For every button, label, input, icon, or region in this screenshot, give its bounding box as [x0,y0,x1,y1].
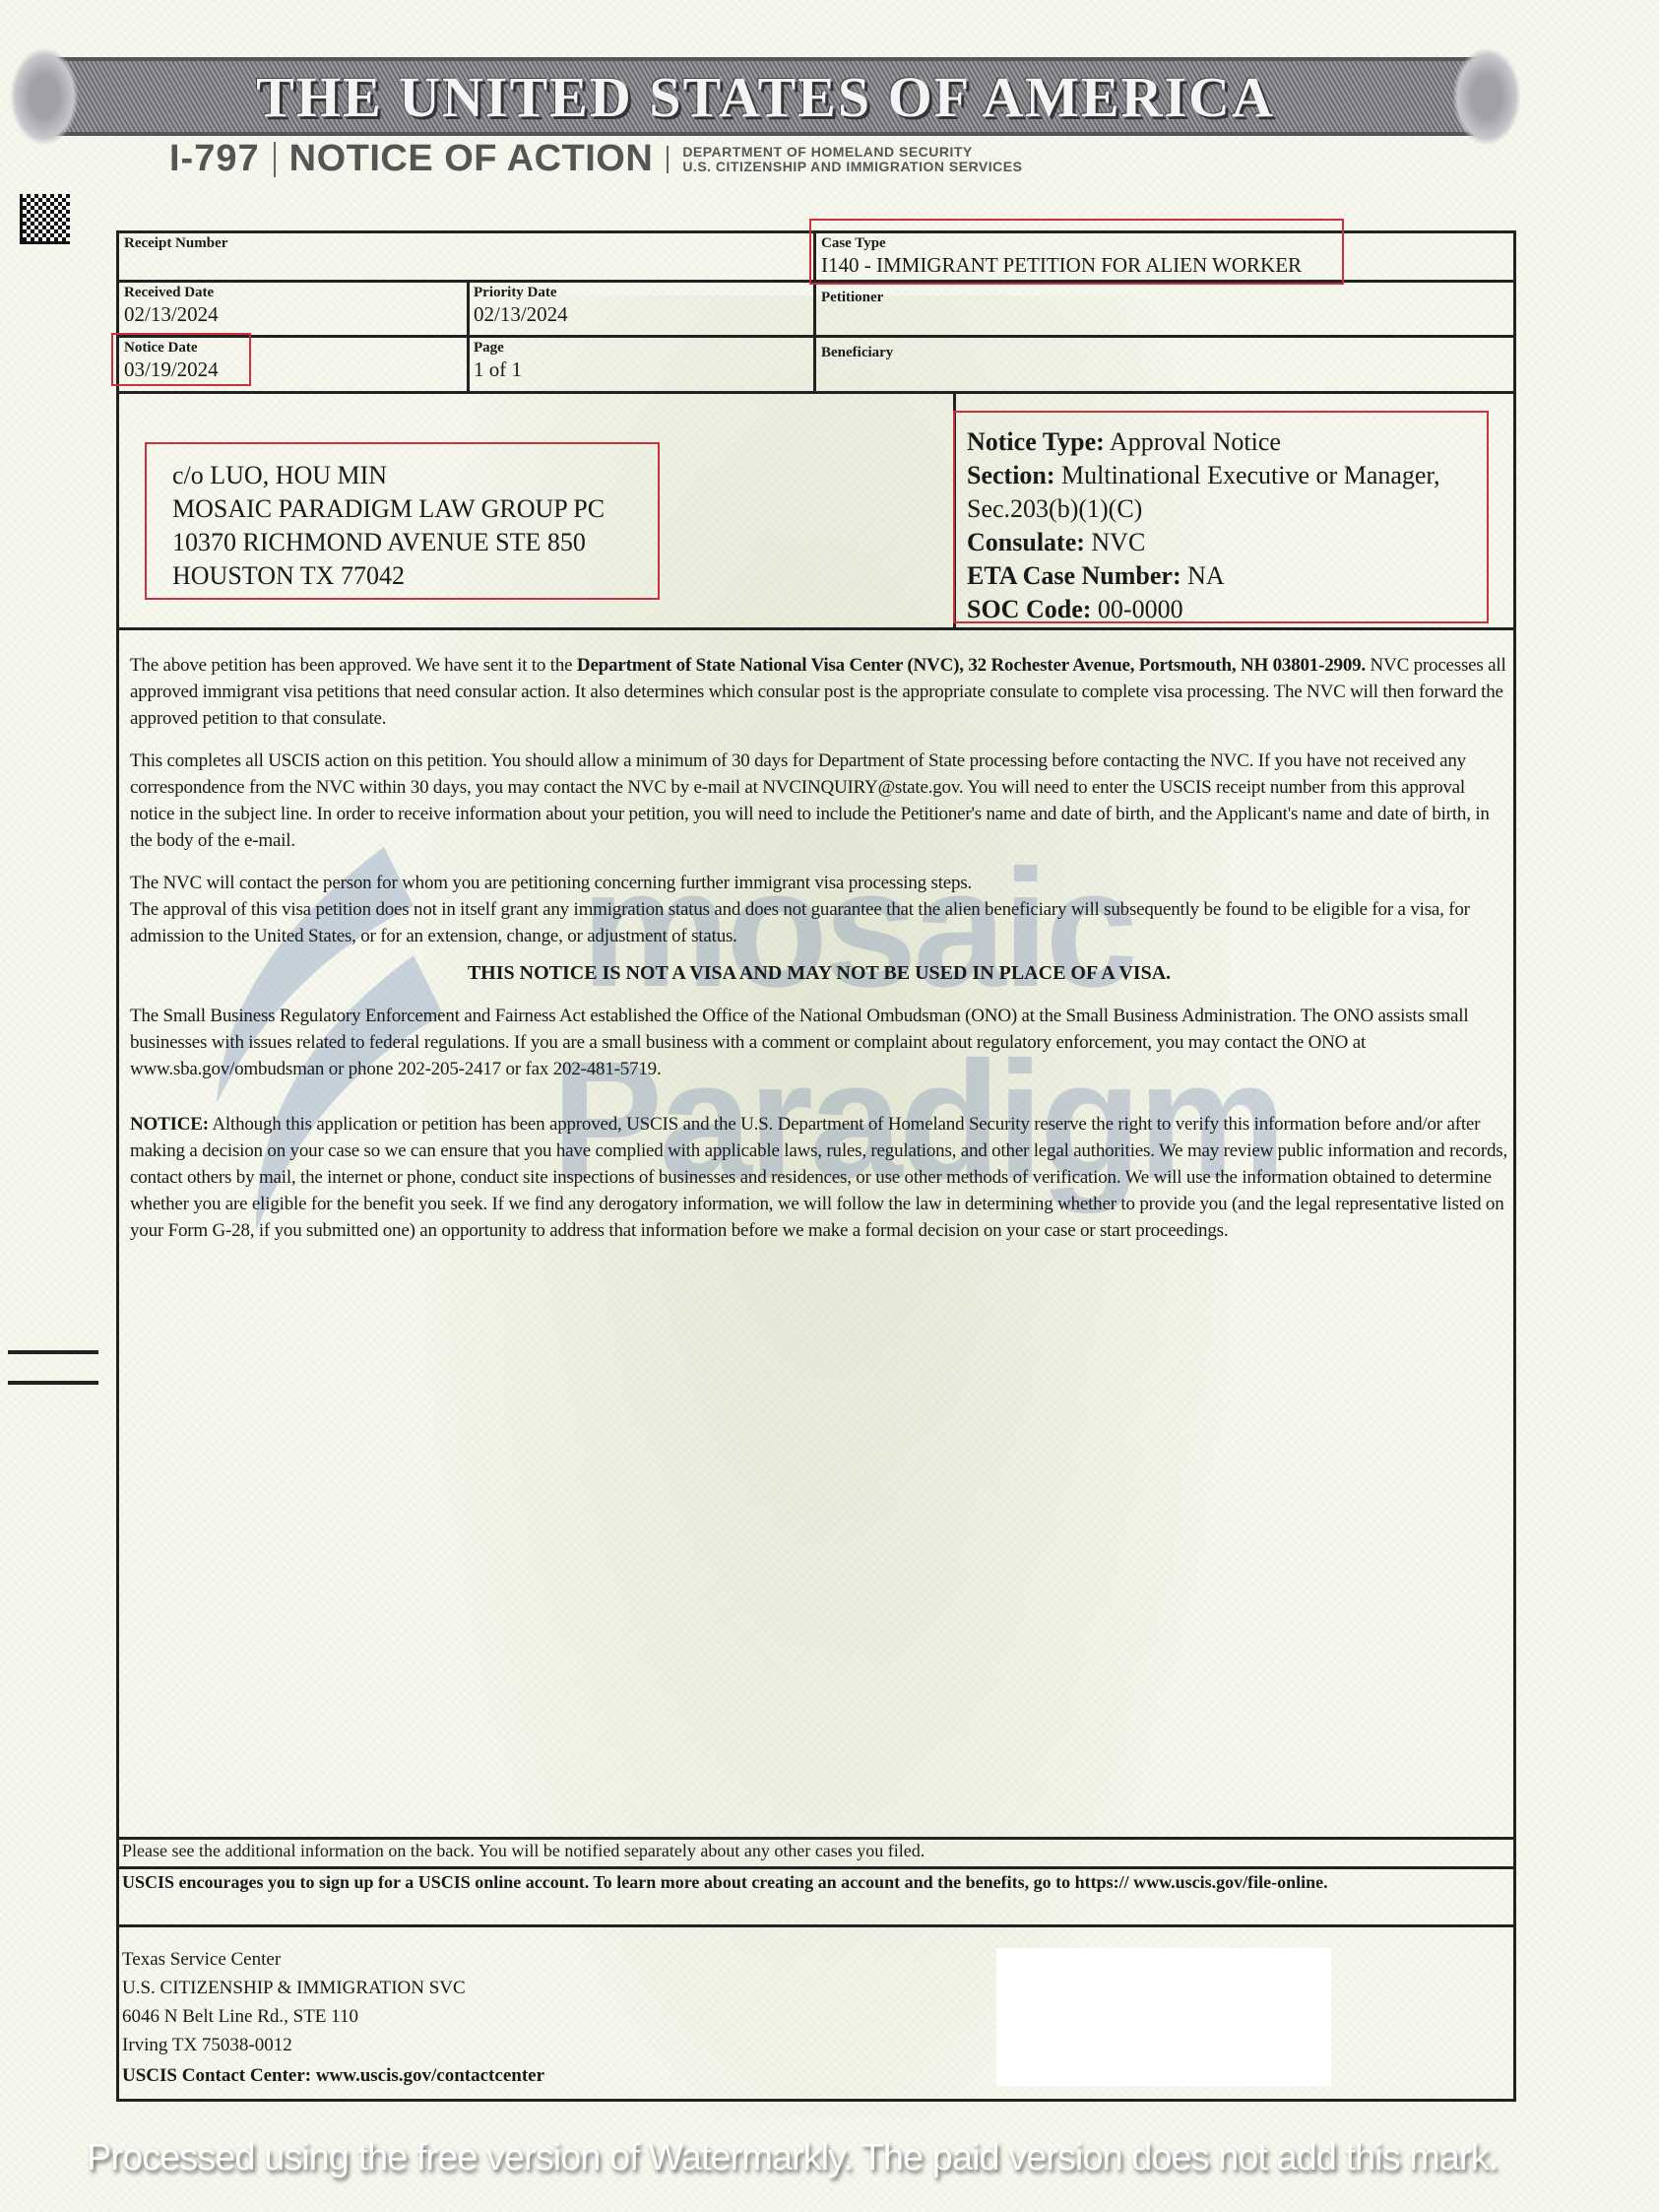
service-center-line: 6046 N Belt Line Rd., STE 110 [122,2002,466,2031]
fold-mark [8,1350,98,1354]
address-line: HOUSTON TX 77042 [172,559,605,593]
grid-line [116,1837,1516,1840]
notice-type-value: Approval Notice [1110,427,1281,456]
service-center-line: Irving TX 75038-0012 [122,2031,466,2059]
not-a-visa-warning: THIS NOTICE IS NOT A VISA AND MAY NOT BE… [130,962,1508,985]
section-value-cont: Sec.203(b)(1)(C) [967,494,1142,523]
redacted-area [996,1948,1331,2086]
paragraph-uscis-action: This completes all USCIS action on this … [130,748,1508,854]
service-center-line: U.S. CITIZENSHIP & IMMIGRATION SVC [122,1974,466,2002]
title-divider [274,142,276,177]
eta-case-number-value: NA [1187,561,1225,590]
mailing-address: c/o LUO, HOU MIN MOSAIC PARADIGM LAW GRO… [172,459,605,593]
paragraph-nvc-contact: The NVC will contact the person for whom… [130,870,1508,949]
notice-date-highlight [111,333,251,386]
soc-code-label: SOC Code: [967,595,1091,623]
eta-case-number-label: ETA Case Number: [967,561,1181,590]
title-divider [667,146,669,173]
form-number: I-797 [169,138,260,180]
consulate-value: NVC [1091,528,1145,556]
banner-title: THE UNITED STATES OF AMERICA [256,64,1275,130]
soc-code-value: 00-0000 [1098,595,1183,623]
fold-mark [8,1381,98,1385]
service-center-line: Texas Service Center [122,1945,466,1974]
contact-center: USCIS Contact Center: www.uscis.gov/cont… [122,2065,544,2087]
petitioner-label: Petitioner [821,290,883,306]
paragraph-approval: The above petition has been approved. We… [130,652,1508,732]
priority-date-label: Priority Date [474,285,557,301]
text: Although this application or petition ha… [130,1114,1507,1241]
form-name: NOTICE OF ACTION [289,138,654,180]
text: The approval of this visa petition does … [130,896,1508,949]
department-line-1: DEPARTMENT OF HOMELAND SECURITY [682,144,972,160]
text: The NVC will contact the person for whom… [130,870,1508,896]
page-value: 1 of 1 [474,358,522,382]
department: DEPARTMENT OF HOMELAND SECURITY U.S. CIT… [682,145,1022,174]
address-line: MOSAIC PARADIGM LAW GROUP PC [172,492,605,526]
grid-line [116,1924,1516,1927]
grid-line [116,335,1516,338]
section-value: Multinational Executive or Manager, [1061,461,1440,489]
service-center-address: Texas Service Center U.S. CITIZENSHIP & … [122,1945,466,2059]
received-date-label: Received Date [124,285,214,301]
address-line: 10370 RICHMOND AVENUE STE 850 [172,526,605,559]
grid-line [467,280,470,391]
notice-info: Notice Type: Approval Notice Section: Mu… [967,425,1440,626]
beneficiary-label: Beneficiary [821,345,893,361]
paragraph-ombudsman: The Small Business Regulatory Enforcemen… [130,1003,1508,1082]
notice-label: NOTICE: [130,1114,209,1135]
grid-line [116,391,1516,394]
banner: THE UNITED STATES OF AMERICA [39,57,1492,136]
consulate-label: Consulate: [967,528,1085,556]
datamatrix-barcode-icon [20,194,70,244]
watermarkly-notice: Processed using the free version of Wate… [87,2137,1498,2179]
form-title: I-797 NOTICE OF ACTION DEPARTMENT OF HOM… [169,138,1022,180]
case-type-highlight [809,219,1344,285]
text: The above petition has been approved. We… [130,655,577,676]
department-line-2: U.S. CITIZENSHIP AND IMMIGRATION SERVICE… [682,159,1022,174]
receipt-number-label: Receipt Number [124,235,227,252]
grid-line [116,627,1516,630]
nvc-address: Department of State National Visa Center… [577,655,1366,676]
additional-info-note: Please see the additional information on… [122,1841,925,1861]
paragraph-notice: NOTICE: Although this application or pet… [130,1111,1508,1244]
page-label: Page [474,340,504,357]
notice-type-label: Notice Type: [967,427,1105,456]
priority-date-value: 02/13/2024 [474,302,568,327]
online-account-note: USCIS encourages you to sign up for a US… [122,1869,1402,1896]
address-line: c/o LUO, HOU MIN [172,459,605,492]
section-label: Section: [967,461,1055,489]
received-date-value: 02/13/2024 [124,302,219,327]
